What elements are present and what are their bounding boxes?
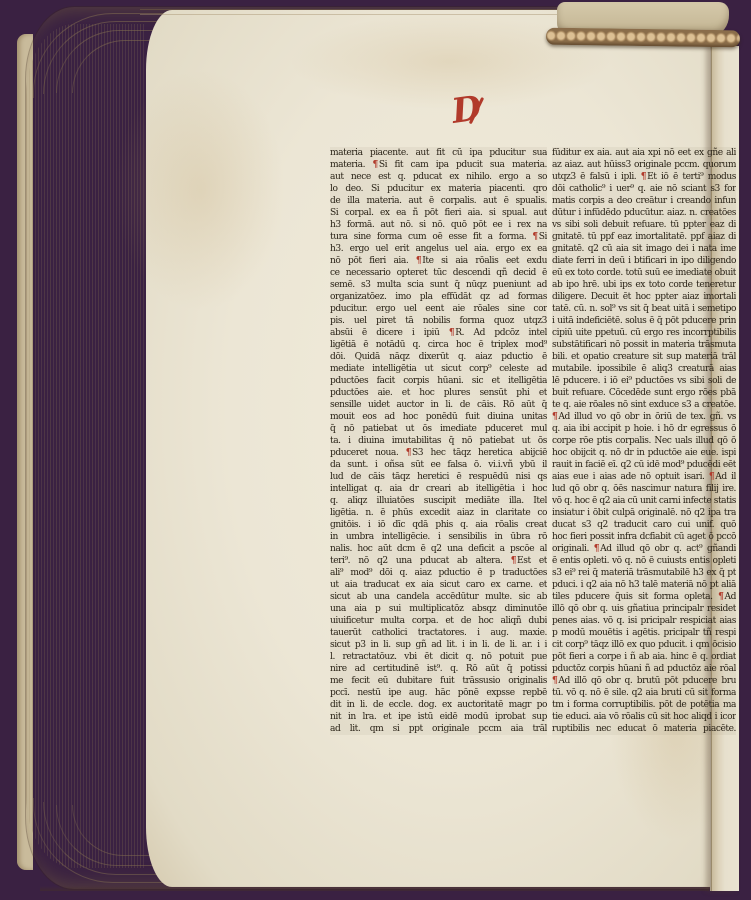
text-line: da sunt. i oñsa sūt ee falsa ō. vi.i.vñ …	[330, 459, 547, 471]
text-line: vs sibi soli debuit refuare. tū ppter ea…	[552, 219, 736, 231]
text-line: buit refuare. Cōcedēde sunt ergo rōes pb…	[552, 387, 736, 399]
text-line: utqz3 ē falsū i ipli. ¶Et iō ē terti⁹ mo…	[552, 171, 736, 183]
text-line: tura sine forma cum oē esse fit a forma.…	[330, 231, 547, 243]
text-line: mediate intelligētia ut sicut corp⁹ cele…	[330, 363, 547, 375]
text-line: ē entis opleti. vō q. nō ē cuiusts entis…	[552, 555, 736, 567]
text-line: pduceret noua. ¶S3 hec tāqz heretica abi…	[330, 447, 547, 459]
text-line: materia. ¶Si fit cam ipa pducit sua mate…	[330, 159, 547, 171]
text-line: illō qō obr q. uis gñatiua principalr re…	[552, 603, 736, 615]
text-line: intelligat q. aia dr creari ab itelligēt…	[330, 483, 547, 495]
text-line: tiles pducere q̄uis sit forma opleta. ¶A…	[552, 591, 736, 603]
text-line: rauit in faciē eī. q2 cū idē mod⁹ pducēd…	[552, 459, 736, 471]
text-line: tm i forma corruptibilis. pōt de potētia…	[552, 699, 736, 711]
text-line: ab ipo hrē. ubi ips ex toto corde tenere…	[552, 279, 736, 291]
text-line: sicut p3 in li. sup gñ ad lit. i in li. …	[330, 639, 547, 651]
pilcrow-rubric: ¶	[552, 675, 558, 686]
text-line: pis. uel piret tā nobilis forma quoz utq…	[330, 315, 547, 327]
text-line: lud qō obr q. ōēs nascimur natura filij …	[552, 483, 736, 495]
text-column-right: fūditur ex aia. aut aia xpi nō eet ex gñ…	[552, 147, 736, 735]
text-line: hoc obijcit q. nō dr in pductōe aie eue.…	[552, 447, 736, 459]
text-line: ali⁹ mod⁹ dōi q. aiaz pductio ē p traduc…	[330, 567, 547, 579]
text-line: bili. et opatio creature sit sup materiā…	[552, 351, 736, 363]
text-line: diate ferri in deū i btificari in ipo di…	[552, 255, 736, 267]
rubric-letter: D	[449, 88, 484, 132]
text-line: cipiū uite ppetuū. cū ergo res incorrpti…	[552, 327, 736, 339]
text-line: insiatur i ōbit culpā originalē. nō q2 i…	[552, 507, 736, 519]
pilcrow-rubric: ¶	[511, 555, 517, 566]
text-column-left: materia piacente. aut fit cū ipa pducitu…	[330, 147, 547, 735]
parchment-stain	[115, 70, 285, 310]
text-line: gnitatē. tū ppf eaz imortalitatē. ppf ai…	[552, 231, 736, 243]
text-line: lē pducere. i iō ei⁹ pductōes vs sibi so…	[552, 375, 736, 387]
text-line: l. retractatōuz. vbi ēt dicit q. nō potu…	[330, 651, 547, 663]
text-line: diligere. Decuit ēt hoc ppter aiaz imort…	[552, 291, 736, 303]
text-line: pōt fieri a corpe i ñ ab aia. hinc ē q. …	[552, 651, 736, 663]
text-line: h3. ergo uel erit angelus uel aia. ergo …	[330, 243, 547, 255]
text-line: Si corpal. ex ea ñ pōt fieri aia. si spu…	[330, 207, 547, 219]
text-line: absūi ē dicere i ipiū ¶R. Ad pdcōz intel	[330, 327, 547, 339]
text-line: pductōes facit corpis hūani. sic et itel…	[330, 375, 547, 387]
text-line: una aia p sui multiplicatōz absqz diminu…	[330, 603, 547, 615]
text-line: nit in lra. et ipe istū eidē modū iproba…	[330, 711, 547, 723]
text-line: dōi catholic⁹ i uer⁹ q. aie nō sciant s3…	[552, 183, 736, 195]
text-line: sicut ab una candela accēdūtur multe. si…	[330, 591, 547, 603]
page-bottom-edge	[40, 886, 709, 891]
text-line: originali. ¶Ad illud qō obr q. act⁹ gñan…	[552, 543, 736, 555]
text-line: pducitur. ergo uel eent aie rōales sine …	[330, 303, 547, 315]
text-line: ta. i diuina imutabilitas q̄ nō patiebat…	[330, 435, 547, 447]
text-line: ¶Ad illud vo qō obr in ōriū de tex. gñ. …	[552, 411, 736, 423]
text-line: matis corpis a deo creātur i creando inf…	[552, 195, 736, 207]
text-line: organizatōez. imo pla effūdāt qz ad form…	[330, 291, 547, 303]
pilcrow-rubric: ¶	[552, 411, 558, 422]
pilcrow-rubric: ¶	[709, 471, 715, 482]
text-line: te q. aie rōales nō sint exduce s3 a cre…	[552, 399, 736, 411]
pilcrow-rubric: ¶	[373, 159, 379, 170]
text-line: gnitatē. q2 cū aia sit imago dei i nata …	[552, 243, 736, 255]
text-line: hoc fieri possit infra dcfiabit cū aget …	[552, 531, 736, 543]
text-line: semē. s3 multa scia sunt q̄ nūqz pueniun…	[330, 279, 547, 291]
text-line: pccī. nestū ipe aug. hāc pōnē expsse rep…	[330, 687, 547, 699]
text-line: vō q. hoc ē q2 aia cū unit carni infecte…	[552, 495, 736, 507]
text-line: az aiaz. aut hūiss3 originale pccm. quor…	[552, 159, 736, 171]
photo-of-open-book: D materia piacente. aut fit cū ipa pduci…	[0, 0, 751, 900]
text-line: mouit eos ad hoc ponēdū fuit diuina unit…	[330, 411, 547, 423]
text-line: ce necessario opteret tūc descendi qñ de…	[330, 267, 547, 279]
text-line: ¶Ad illō qō obr q. brutū pōt pducere bru	[552, 675, 736, 687]
text-line: eū ex toto corde. totū suū ee imediate o…	[552, 267, 736, 279]
text-line: ligētia. n. ē phūs excedit aiaz in clari…	[330, 507, 547, 519]
text-line: dōi. Quidā nāqz dixerūt q. aiaz pductio …	[330, 351, 547, 363]
pilcrow-rubric: ¶	[594, 543, 600, 554]
text-line: teri⁹. nō q2 una pducat ab altera. ¶Est …	[330, 555, 547, 567]
text-line: de illa materia. aut ē corpalis. aut ē s…	[330, 195, 547, 207]
text-line: gnitōis. i iō dīc qdā phis q. aia rōalis…	[330, 519, 547, 531]
text-line: s3 ei⁹ rei q̄ materiā trāsmutabilē h3 ex…	[552, 567, 736, 579]
pilcrow-rubric: ¶	[641, 171, 647, 182]
text-line: tū. vō q. nō ē sile. q2 aia bruti cū sit…	[552, 687, 736, 699]
binding-headband	[546, 28, 740, 48]
rubric-initial-d: D	[452, 90, 506, 138]
text-line: materia piacente. aut fit cū ipa pducitu…	[330, 147, 547, 159]
text-line: ut aia traducat ex aia sicut caro ex car…	[330, 579, 547, 591]
text-line: pduci. i q2 aia nō h3 talē materiā nō pt…	[552, 579, 736, 591]
text-line: nō pōt fieri aia. ¶Ite si aia rōalis eet…	[330, 255, 547, 267]
pilcrow-rubric: ¶	[718, 591, 724, 602]
text-line: aut nece est q. pducat ex nihilo. ergo a…	[330, 171, 547, 183]
pilcrow-rubric: ¶	[532, 231, 538, 242]
text-line: penes aias. vō q. isi pricipalr respicia…	[552, 615, 736, 627]
text-line: mutabile. ipossibile ē aliq3 creaturā ai…	[552, 363, 736, 375]
text-line: tauerūt catholici tractatores. i aug. ma…	[330, 627, 547, 639]
text-line: h3 formā. aut nō. si nō. quō pōt ee i re…	[330, 219, 547, 231]
text-line: nire ad certitudinē ist⁹. q. Rō aūt q̄ p…	[330, 663, 547, 675]
text-line: me fecit eū dubitare fuit trāssusio orig…	[330, 675, 547, 687]
text-line: ducat s3 q2 traducit caro cui unif. quō …	[552, 519, 736, 531]
pilcrow-rubric: ¶	[406, 447, 412, 458]
text-line: lo deo. Si pducitur ex materia piacenti.…	[330, 183, 547, 195]
text-line: dūtur i infūdēdo pducūtur. aiaz. n. crea…	[552, 207, 736, 219]
text-line: tie educi. aia vō rōalis cū sit hoc aliq…	[552, 711, 736, 723]
text-line: pductōes aie. et hoc plures sensūt phi e…	[330, 387, 547, 399]
text-line: q. aliqz illuiatōes suscipit mediāte ill…	[330, 495, 547, 507]
text-line: ruptibilis nec educat ō materia piacēte.…	[552, 723, 736, 735]
text-line: corpe rōe ptis corpalis. Nec uals illud …	[552, 435, 736, 447]
text-line: ligētiā ē notādū q. circa hoc ē triplex …	[330, 339, 547, 351]
text-line: sensille uidet auctor in li. de cāis. Rō…	[330, 399, 547, 411]
text-line: ad lit. qm si ppt originale pccm aia trā…	[330, 723, 547, 735]
text-line: lud de cāis tāqz heretici ē respuēdū nis…	[330, 471, 547, 483]
text-line: q. aia ibi accipit p hoie. i hō dr egres…	[552, 423, 736, 435]
text-line: fūditur ex aia. aut aia xpi nō eet ex gñ…	[552, 147, 736, 159]
text-line: q̄ nō patiebat ut ōs imediate pduceret m…	[330, 423, 547, 435]
pilcrow-rubric: ¶	[449, 327, 455, 338]
text-line: cit corp⁹ tāqz illō ex quo pducit. i qm …	[552, 639, 736, 651]
text-line: aias eue i aias ade nō optuit isari. ¶Ad…	[552, 471, 736, 483]
text-line: i uitā indeficiētē. solus ē q̄ pōt pduce…	[552, 315, 736, 327]
text-line: tatē. cū. n. sol⁹ vs sit q̄ beat uitā i …	[552, 303, 736, 315]
text-line: p modū mouētis i agētis. pricipalr tñ re…	[552, 627, 736, 639]
text-line: in umbra intelligēcie. i sensibilis in ū…	[330, 531, 547, 543]
pilcrow-rubric: ¶	[416, 255, 422, 266]
text-line: dit in li. de eccle. dog. ex auctoritatē…	[330, 699, 547, 711]
text-line: nalis. hoc aūt dcm ē q2 una deficit a ps…	[330, 543, 547, 555]
text-line: uiuificetur multa corpa. et de hoc aliqñ…	[330, 615, 547, 627]
text-line: substātificari nō possit in materia trās…	[552, 339, 736, 351]
text-line: pductōz corpis hūani ñ ad pductōz aie rō…	[552, 663, 736, 675]
